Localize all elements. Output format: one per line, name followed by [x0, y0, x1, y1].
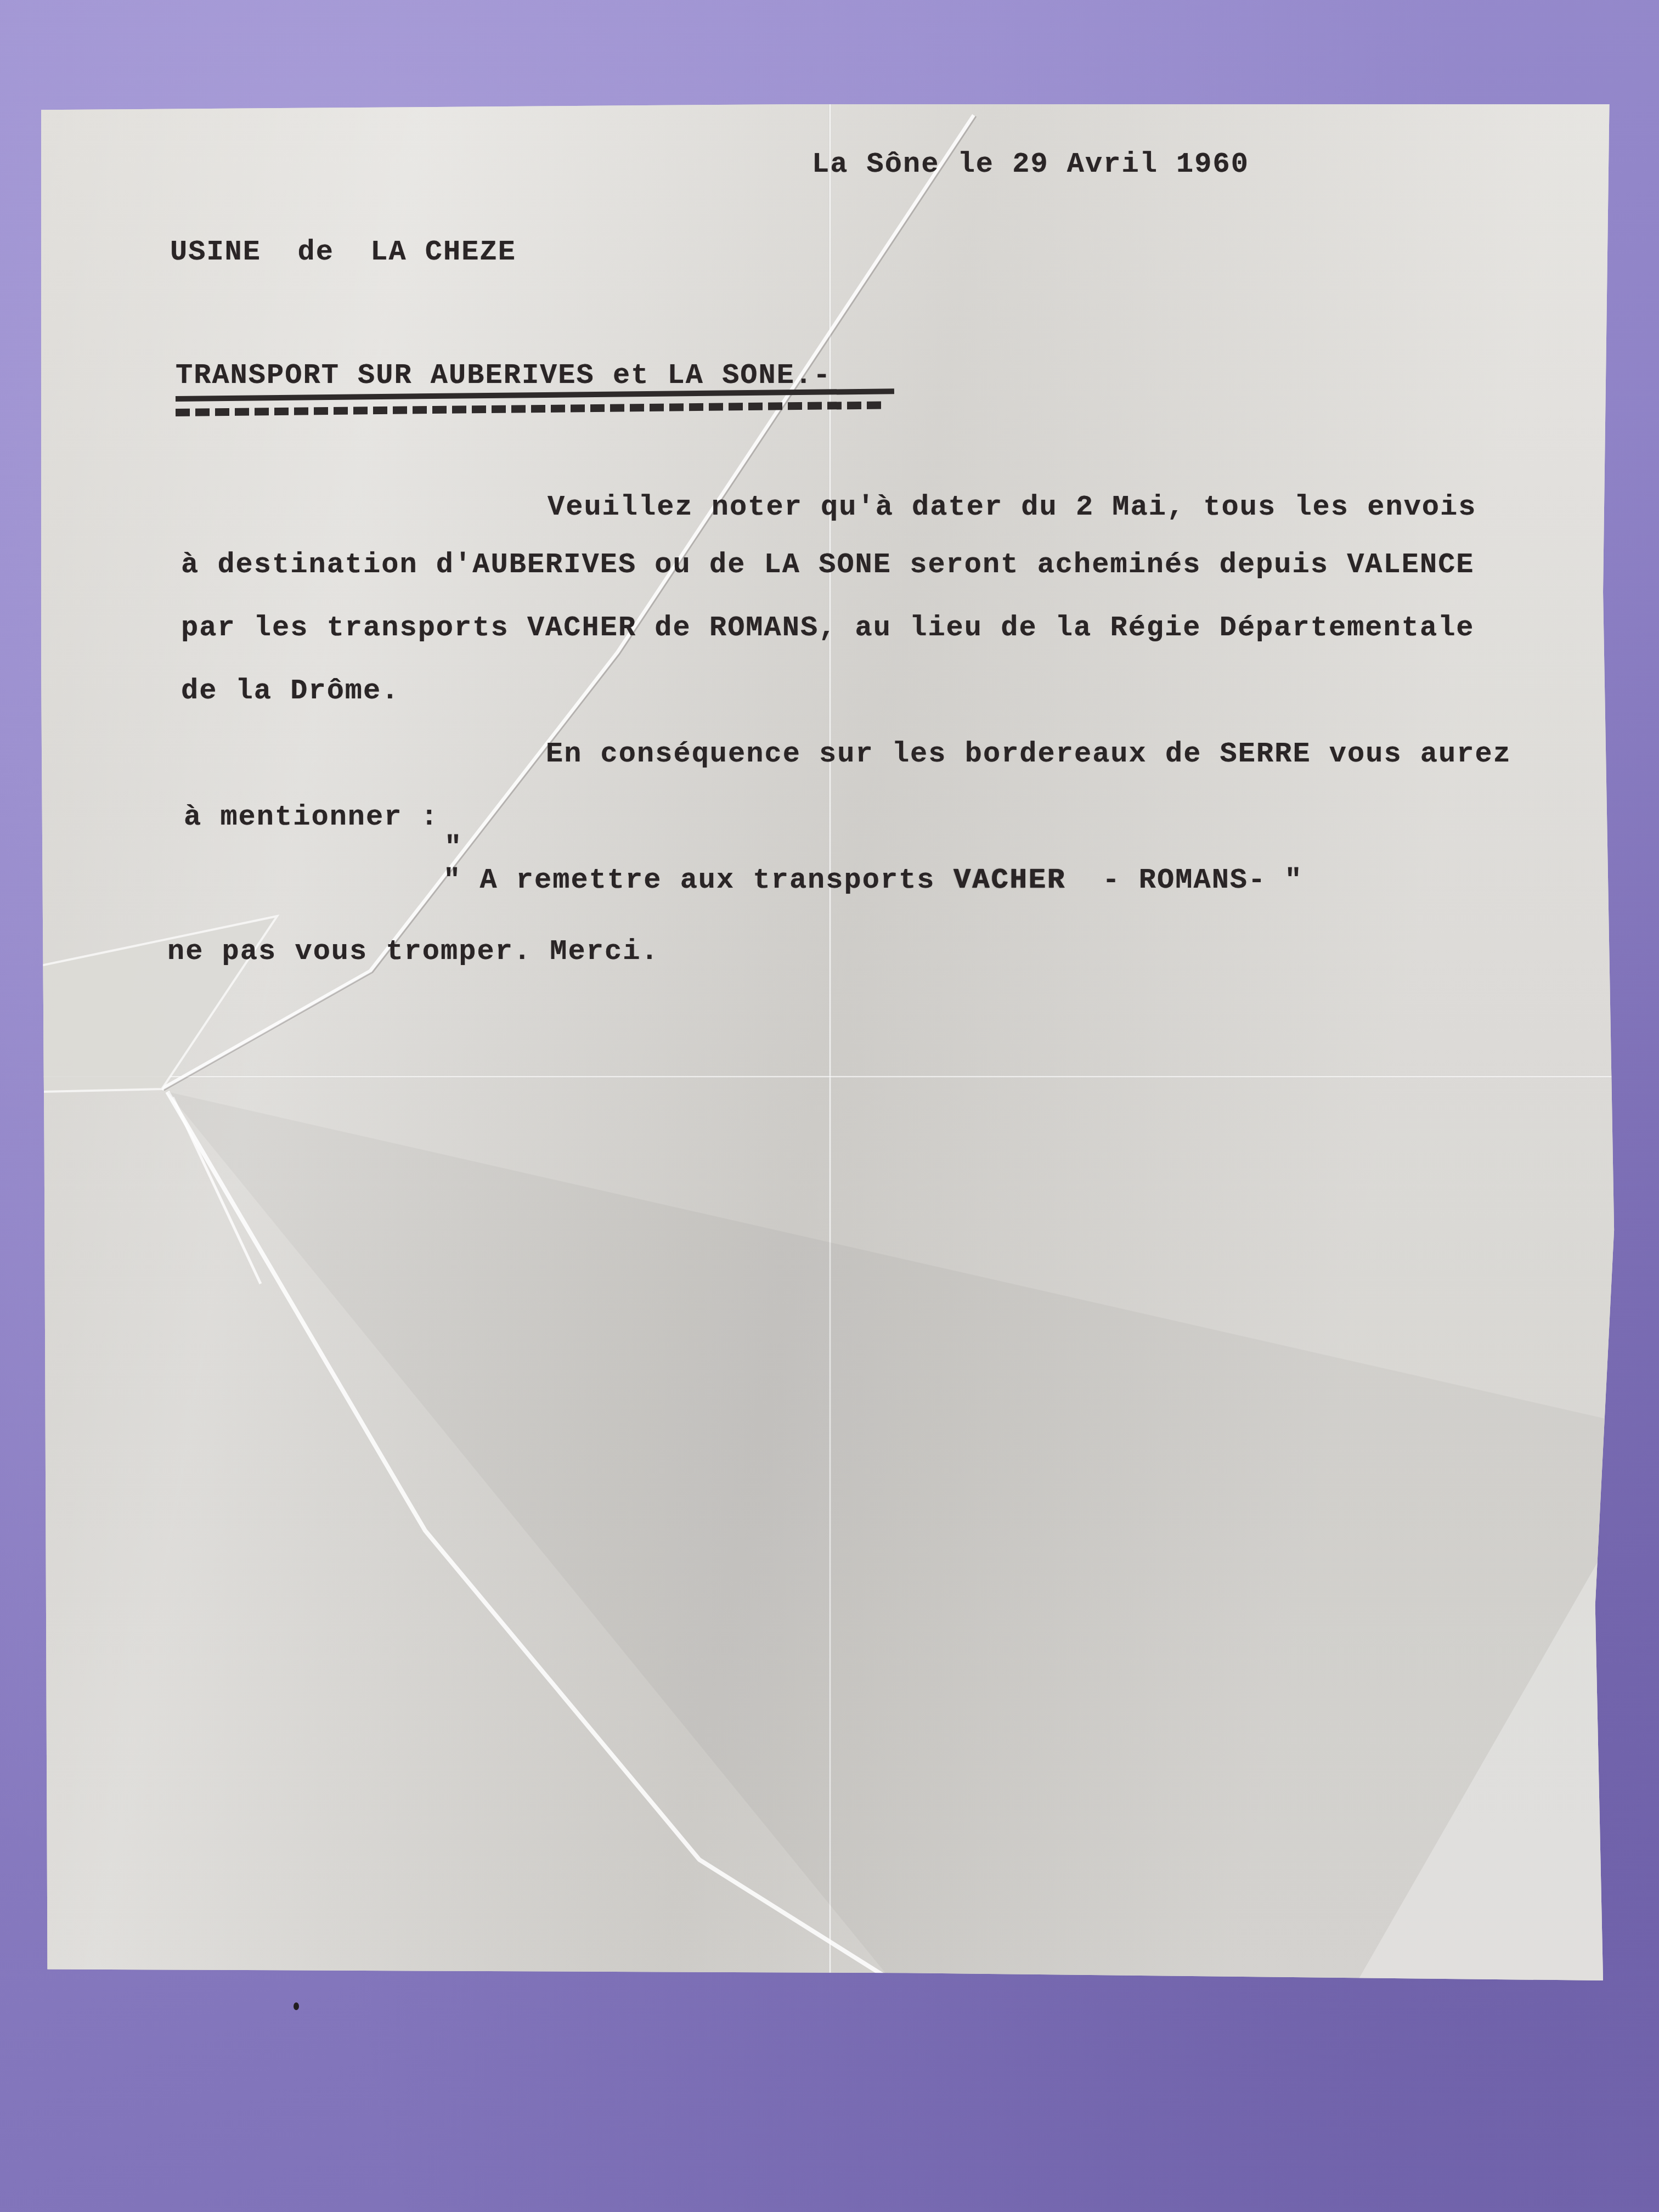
letter-closing: ne pas vous tromper. Merci. — [167, 935, 659, 968]
ink-speck — [294, 2002, 299, 2010]
ditto-mark: " — [444, 831, 462, 864]
letter-subject: TRANSPORT SUR AUBERIVES et LA SONE.- — [176, 359, 831, 392]
quote-suffix: - ROMANS- " — [1066, 864, 1303, 896]
letter-place-date: La Sône le 29 Avril 1960 — [812, 148, 1249, 180]
instruction-quote: " A remettre aux transports VACHER - ROM… — [443, 864, 1303, 896]
paragraph-1-line-2: à destination d'AUBERIVES ou de LA SONE … — [181, 549, 1475, 581]
paragraph-1-line-1: Veuillez noter qu'à dater du 2 Mai, tous… — [548, 491, 1476, 523]
quote-carrier-name: VACHER — [953, 864, 1066, 896]
paragraph-1-line-3: par les transports VACHER de ROMANS, au … — [181, 612, 1475, 644]
horizontal-fold-crease — [41, 1075, 1616, 1078]
paragraph-2-line-1: En conséquence sur les bordereaux de SER… — [546, 738, 1511, 770]
letter-recipient: USINE de LA CHEZE — [170, 236, 516, 268]
quote-prefix: " A remettre aux transports — [443, 864, 953, 896]
paragraph-1-line-4: de la Drôme. — [181, 675, 399, 707]
paragraph-2-line-2: à mentionner : — [184, 801, 439, 833]
